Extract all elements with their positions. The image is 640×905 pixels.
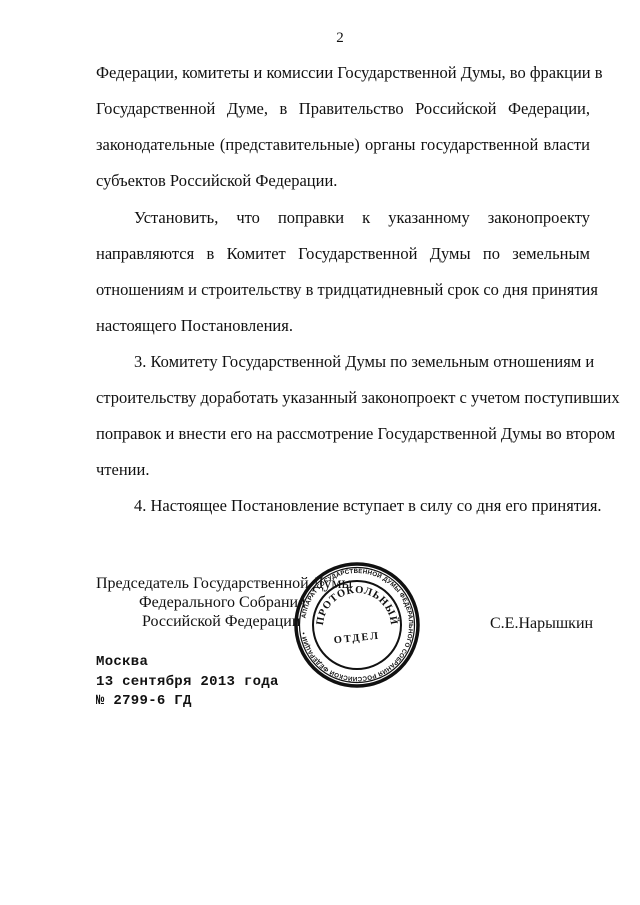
paragraph-1-line-1: Федерации, комитеты и комиссии Государст… xyxy=(96,63,590,83)
paragraph-1-line-3: законодательные (представительные) орган… xyxy=(96,135,590,155)
document-number: № 2799-6 ГД xyxy=(96,692,192,710)
paragraph-3-line-1: 3. Комитету Государственной Думы по земе… xyxy=(134,352,590,372)
paragraph-2-line-2: направляются в Комитет Государственной Д… xyxy=(96,244,590,264)
paragraph-1-line-2: Государственной Думе, в Правительство Ро… xyxy=(96,99,590,119)
document-city: Москва xyxy=(96,653,148,671)
paragraph-2-line-3: отношениям и строительству в тридцатидне… xyxy=(96,280,590,300)
paragraph-3-line-3: поправок и внести его на рассмотрение Го… xyxy=(96,424,590,444)
paragraph-3-line-2: строительству доработать указанный закон… xyxy=(96,388,590,408)
document-date: 13 сентября 2013 года xyxy=(96,673,279,691)
paragraph-2-line-4: настоящего Постановления. xyxy=(96,316,590,336)
official-stamp-icon: АППАРАТ ГОСУДАРСТВЕННОЙ ДУМЫ ФЕДЕРАЛЬНОГ… xyxy=(293,561,421,689)
signature-title-line-3: Российской Федерации xyxy=(142,612,300,632)
document-page: 2 Федерации, комитеты и комиссии Государ… xyxy=(0,0,640,905)
paragraph-4-line-1: 4. Настоящее Постановление вступает в си… xyxy=(134,496,590,516)
svg-text:ОТДЕЛ: ОТДЕЛ xyxy=(333,631,380,647)
page-number: 2 xyxy=(0,30,640,47)
signatory-name: С.Е.Нарышкин xyxy=(490,614,593,634)
paragraph-3-line-4: чтении. xyxy=(96,460,590,480)
signature-title-line-2: Федерального Собрания xyxy=(139,593,305,613)
paragraph-1-line-4: субъектов Российской Федерации. xyxy=(96,171,590,191)
paragraph-2-line-1: Установить, что поправки к указанному за… xyxy=(134,208,590,228)
